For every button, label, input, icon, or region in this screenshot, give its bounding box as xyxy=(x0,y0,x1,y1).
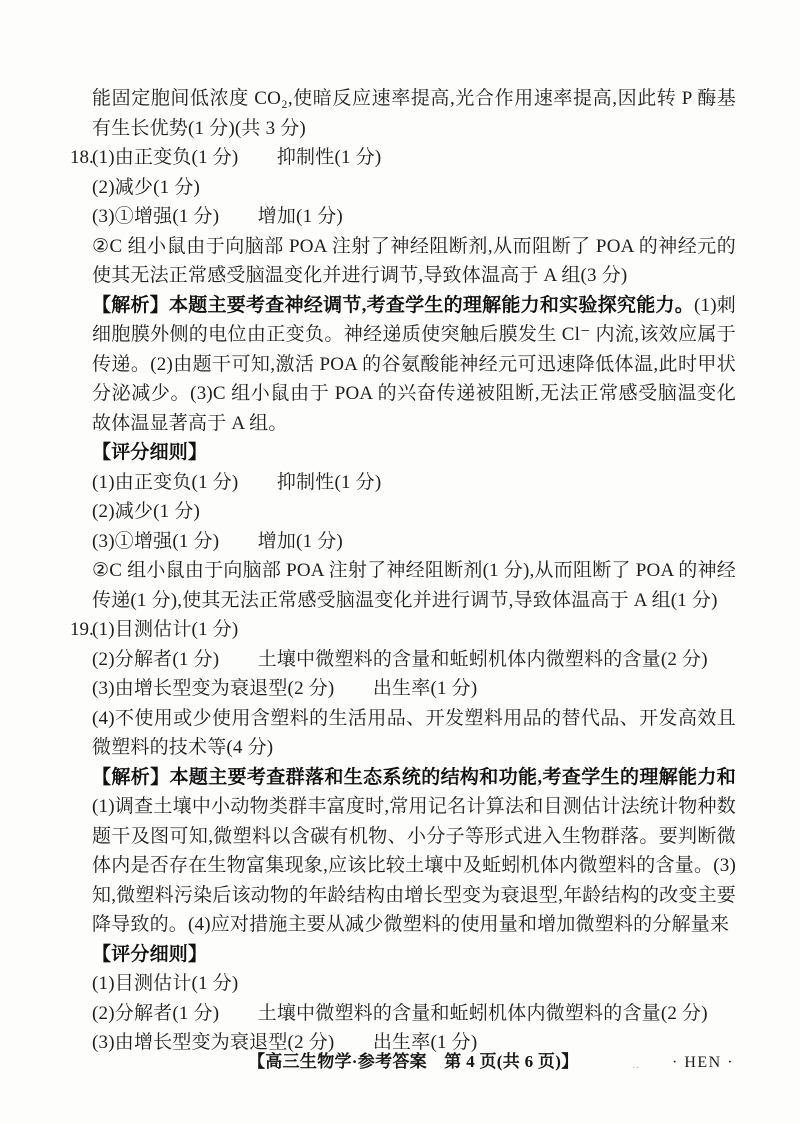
text-line: 【评分细则】 xyxy=(70,940,736,970)
text-line: 有生长优势(1 分)(共 3 分) xyxy=(70,114,736,144)
question-number: 18. xyxy=(70,143,92,173)
text-line: (3)①增强(1 分) 增加(1 分) xyxy=(70,527,736,557)
page-footer-title: 【高三生物学·参考答案 第 4 页(共 6 页)】 xyxy=(248,1050,579,1074)
answer-text-bold: 【解析】本题主要考查神经调节,考查学生的理解能力和实验探究能力。 xyxy=(92,295,694,316)
answer-text: (1)由正变负(1 分) 抑制性(1 分) xyxy=(92,147,381,168)
answer-text: (1)目测估计(1 分) xyxy=(92,973,238,994)
question-number: 19. xyxy=(70,615,92,645)
answer-text: (4)不使用或少使用含塑料的生活用品、开发塑料用品的替代品、开发高效且无污染的降… xyxy=(92,708,736,734)
text-line: (1)调查土壤中小动物类群丰富度时,常用记名计算法和目测估计法统计物种数目。(2… xyxy=(70,792,736,822)
answer-text: (2)分解者(1 分) 土壤中微塑料的含量和蚯蚓机体内微塑料的含量(2 分) 高… xyxy=(92,1003,736,1029)
text-line: (2)分解者(1 分) 土壤中微塑料的含量和蚯蚓机体内微塑料的含量(2 分) 高… xyxy=(70,645,736,675)
answer-text: 体内是否存在生物富集现象,应该比较土壤中及蚯蚓机体内微塑料的含量。(3)由图 2… xyxy=(92,855,736,881)
answer-text: (1)调查土壤中小动物类群丰富度时,常用记名计算法和目测估计法统计物种数目。(2… xyxy=(92,796,736,822)
answer-text: 能固定胞间低浓度 CO₂,使暗反应速率提高,光合作用速率提高,因此转 P 酶基因… xyxy=(92,88,736,114)
text-line: 题干及图可知,微塑料以含碳有机物、小分子等形式进入生物群落。要判断微塑料在蚯蚓机 xyxy=(70,822,736,852)
answer-text: (3)①增强(1 分) 增加(1 分) xyxy=(92,206,343,227)
text-line: 19.(1)目测估计(1 分) xyxy=(70,615,736,645)
text-line: (3)①增强(1 分) 增加(1 分) xyxy=(70,202,736,232)
page-footer-region-code: · HEN · xyxy=(672,1051,734,1075)
text-line: 微塑料的技术等(4 分) xyxy=(70,733,736,763)
text-line: ②C 组小鼠由于向脑部 POA 注射了神经阻断剂,从而阻断了 POA 的神经元的… xyxy=(70,232,736,262)
text-line: 降导致的。(4)应对措施主要从减少微塑料的使用量和增加微塑料的分解量来思考。 xyxy=(70,910,736,940)
answer-text: (2)分解者(1 分) 土壤中微塑料的含量和蚯蚓机体内微塑料的含量(2 分) 高… xyxy=(92,649,736,675)
answer-text: 传递。(2)由题干可知,激活 POA 的谷氨酸能神经元可迅速降低体温,此时甲状腺… xyxy=(92,354,736,380)
text-line: 能固定胞间低浓度 CO₂,使暗反应速率提高,光合作用速率提高,因此转 P 酶基因… xyxy=(70,84,736,114)
answer-text: 有生长优势(1 分)(共 3 分) xyxy=(92,118,306,139)
text-line: (4)不使用或少使用含塑料的生活用品、开发塑料用品的替代品、开发高效且无污染的降… xyxy=(70,704,736,734)
answer-text: 细胞膜外侧的电位由正变负。神经递质使突触后膜发生 Cl⁻ 内流,该效应属于抑制性… xyxy=(92,324,736,350)
text-line: 传递。(2)由题干可知,激活 POA 的谷氨酸能神经元可迅速降低体温,此时甲状腺… xyxy=(70,350,736,380)
text-line: (3)由增长型变为衰退型(2 分) 出生率(1 分) xyxy=(70,674,736,704)
text-line: 知,微塑料污染后该动物的年龄结构由增长型变为衰退型,年龄结构的改变主要是出生率下 xyxy=(70,881,736,911)
text-line: (1)由正变负(1 分) 抑制性(1 分) xyxy=(70,468,736,498)
text-line: 【评分细则】 xyxy=(70,438,736,468)
answer-text: 降导致的。(4)应对措施主要从减少微塑料的使用量和增加微塑料的分解量来思考。 xyxy=(92,914,729,940)
text-line: 细胞膜外侧的电位由正变负。神经递质使突触后膜发生 Cl⁻ 内流,该效应属于抑制性… xyxy=(70,320,736,350)
text-line: 【解析】本题主要考查神经调节,考查学生的理解能力和实验探究能力。(1)刺激神经元… xyxy=(70,291,736,321)
scan-artifact-mark: ‥ xyxy=(632,1058,640,1071)
answer-text: ②C 组小鼠由于向脑部 POA 注射了神经阻断剂,从而阻断了 POA 的神经元的… xyxy=(92,236,736,262)
text-line: (1)目测估计(1 分) xyxy=(70,969,736,999)
text-line: ②C 组小鼠由于向脑部 POA 注射了神经阻断剂(1 分),从而阻断了 POA … xyxy=(70,556,736,586)
answer-text-bold: 【解析】本题主要考查群落和生态系统的结构和功能,考查学生的理解能力和解决问题能力… xyxy=(92,767,736,793)
answer-text: (3)由增长型变为衰退型(2 分) 出生率(1 分) xyxy=(92,678,477,699)
exam-answer-page: 能固定胞间低浓度 CO₂,使暗反应速率提高,光合作用速率提高,因此转 P 酶基因… xyxy=(0,0,800,1124)
text-line: 体内是否存在生物富集现象,应该比较土壤中及蚯蚓机体内微塑料的含量。(3)由图 2… xyxy=(70,851,736,881)
answer-text-bold: 【评分细则】 xyxy=(92,944,207,965)
answer-text: 分泌减少。(3)C 组小鼠由于 POA 的兴奋传递被阻断,无法正常感受脑温变化并… xyxy=(92,383,736,409)
answer-text: ②C 组小鼠由于向脑部 POA 注射了神经阻断剂(1 分),从而阻断了 POA … xyxy=(92,560,736,586)
text-line: (2)减少(1 分) xyxy=(70,173,736,203)
answer-text: 知,微塑料污染后该动物的年龄结构由增长型变为衰退型,年龄结构的改变主要是出生率下 xyxy=(92,885,736,911)
text-line: 18.(1)由正变负(1 分) 抑制性(1 分) xyxy=(70,143,736,173)
text-line: (2)减少(1 分) xyxy=(70,497,736,527)
answer-text: 使其无法正常感受脑温变化并进行调节,导致体温高于 A 组(3 分) xyxy=(92,265,627,286)
answer-text: (2)减少(1 分) xyxy=(92,501,200,522)
text-line: 故体温显著高于 A 组。 xyxy=(70,409,736,439)
text-line: (2)分解者(1 分) 土壤中微塑料的含量和蚯蚓机体内微塑料的含量(2 分) 高… xyxy=(70,999,736,1029)
text-line: 传递(1 分),使其无法正常感受脑温变化并进行调节,导致体温高于 A 组(1 分… xyxy=(70,586,736,616)
answer-text: 故体温显著高于 A 组。 xyxy=(92,413,288,434)
answer-text: 微塑料的技术等(4 分) xyxy=(92,737,273,758)
answer-text: (2)减少(1 分) xyxy=(92,177,200,198)
answer-text: (3)①增强(1 分) 增加(1 分) xyxy=(92,531,343,552)
text-line: 使其无法正常感受脑温变化并进行调节,导致体温高于 A 组(3 分) xyxy=(70,261,736,291)
text-line: 【解析】本题主要考查群落和生态系统的结构和功能,考查学生的理解能力和解决问题能力… xyxy=(70,763,736,793)
answer-text-bold: 【评分细则】 xyxy=(92,442,207,463)
answer-text: (1)由正变负(1 分) 抑制性(1 分) xyxy=(92,472,381,493)
answer-text: (1)目测估计(1 分) xyxy=(92,619,238,640)
answer-text: 传递(1 分),使其无法正常感受脑温变化并进行调节,导致体温高于 A 组(1 分… xyxy=(92,590,718,616)
text-line: 分泌减少。(3)C 组小鼠由于 POA 的兴奋传递被阻断,无法正常感受脑温变化并… xyxy=(70,379,736,409)
document-body: 能固定胞间低浓度 CO₂,使暗反应速率提高,光合作用速率提高,因此转 P 酶基因… xyxy=(70,84,736,1058)
answer-text: 题干及图可知,微塑料以含碳有机物、小分子等形式进入生物群落。要判断微塑料在蚯蚓机 xyxy=(92,826,736,852)
